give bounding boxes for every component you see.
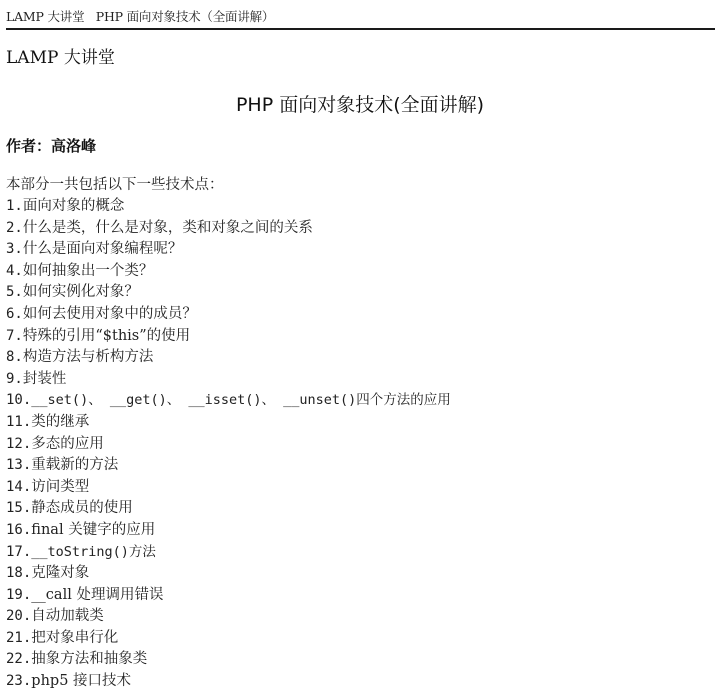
topic-text: 把对象串行化 [31,630,118,646]
brand-heading: LAMP 大讲堂 [6,46,115,70]
topic-text: 自动加载类 [31,608,104,624]
topic-text: __toString()方法 [31,544,156,560]
topic-number: 9. [6,371,23,387]
topic-number: 1. [6,198,23,214]
topic-item: 16.final 关键字的应用 [6,520,451,542]
topic-number: 2. [6,220,23,236]
document-title: PHP 面向对象技术(全面讲解) [0,92,720,118]
topic-number: 14. [6,479,31,495]
topic-number: 11. [6,414,31,430]
topic-item: 20.自动加载类 [6,606,451,628]
topic-text: php5 接口技术 [31,673,131,689]
topic-number: 15. [6,500,31,516]
topic-number: 8. [6,349,23,365]
topic-text: __set()、 __get()、 __isset()、 __unset()四个… [31,392,450,408]
topic-item: 19.__call 处理调用错误 [6,585,451,607]
topic-text: 静态成员的使用 [31,500,133,516]
topic-text: 构造方法与析构方法 [23,349,154,365]
topic-item: 6.如何去使用对象中的成员？ [6,304,451,326]
topic-text: 克隆对象 [31,565,89,581]
topic-item: 10.__set()、 __get()、 __isset()、 __unset(… [6,390,451,412]
topic-list: 1.面向对象的概念 2.什么是类，什么是对象，类和对象之间的关系 3.什么是面向… [6,196,451,693]
author-line: 作者：高洛峰 [6,136,96,156]
topic-item: 4.如何抽象出一个类？ [6,261,451,283]
topic-number: 21. [6,630,31,646]
running-header: LAMP 大讲堂 PHP 面向对象技术（全面讲解） [6,9,274,25]
topic-text: 如何抽象出一个类？ [23,263,154,279]
topic-number: 10. [6,392,31,408]
topic-item: 21.把对象串行化 [6,628,451,650]
topic-item: 23.php5 接口技术 [6,671,451,693]
topic-number: 20. [6,608,31,624]
topic-number: 4. [6,263,23,279]
topic-item: 17.__toString()方法 [6,542,451,564]
topic-item: 9.封装性 [6,369,451,391]
topic-item: 13.重载新的方法 [6,455,451,477]
topic-number: 19. [6,587,31,603]
topic-number: 18. [6,565,31,581]
topic-number: 12. [6,436,31,452]
topic-text: 如何去使用对象中的成员？ [23,306,197,322]
topic-number: 7. [6,328,23,344]
topic-number: 22. [6,651,31,667]
topic-item: 15.静态成员的使用 [6,498,451,520]
topic-item: 2.什么是类，什么是对象，类和对象之间的关系 [6,218,451,240]
topic-number: 23. [6,673,31,689]
topic-item: 5.如何实例化对象？ [6,282,451,304]
topic-number: 16. [6,522,31,538]
topic-text: 面向对象的概念 [23,198,125,214]
topic-item: 8.构造方法与析构方法 [6,347,451,369]
topic-number: 5. [6,284,23,300]
header-rule [6,28,715,30]
topic-text: 什么是面向对象编程呢？ [23,241,183,257]
intro-text: 本部分一共包括以下一些技术点： [6,175,224,197]
topic-number: 3. [6,241,23,257]
topic-text: 特殊的引用“$this”的使用 [23,328,190,344]
topic-item: 12.多态的应用 [6,434,451,456]
topic-text: 封装性 [23,371,67,387]
topic-text: 抽象方法和抽象类 [31,651,147,667]
topic-text: 访问类型 [31,479,89,495]
topic-text: final 关键字的应用 [31,522,155,538]
topic-text: 如何实例化对象？ [23,284,139,300]
topic-number: 6. [6,306,23,322]
topic-number: 17. [6,544,31,560]
topic-item: 7.特殊的引用“$this”的使用 [6,326,451,348]
topic-text: 重载新的方法 [31,457,118,473]
topic-item: 11.类的继承 [6,412,451,434]
topic-text: 类的继承 [31,414,89,430]
topic-item: 22.抽象方法和抽象类 [6,649,451,671]
topic-item: 1.面向对象的概念 [6,196,451,218]
topic-text: __call 处理调用错误 [31,587,163,603]
topic-text: 什么是类，什么是对象，类和对象之间的关系 [23,220,313,236]
topic-item: 14.访问类型 [6,477,451,499]
topic-item: 18.克隆对象 [6,563,451,585]
topic-number: 13. [6,457,31,473]
topic-text: 多态的应用 [31,436,104,452]
topic-item: 3.什么是面向对象编程呢？ [6,239,451,261]
